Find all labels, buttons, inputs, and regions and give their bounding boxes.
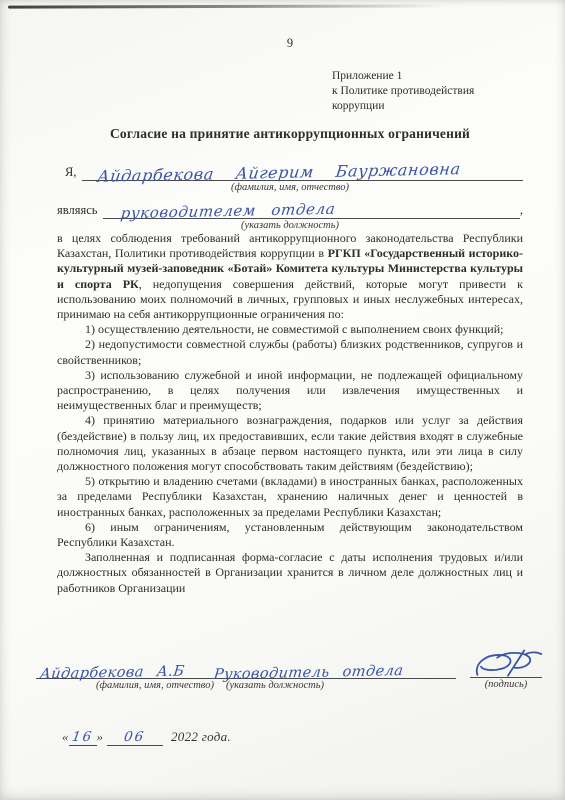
restriction-item-1: 1) осуществлению деятельности, не совмес… (57, 322, 523, 337)
signature-row: Айдарбекова А.Б Руководитель отдела (фам… (36, 653, 542, 691)
i-label: Я, (65, 165, 76, 181)
date-row: « 16 » 06 2022 года. (62, 729, 231, 746)
intro-paragraph: в целях соблюдения требований антикорруп… (57, 231, 523, 322)
handwritten-day: 16 (71, 729, 94, 745)
document-title: Согласие на принятие антикоррупционных о… (57, 126, 523, 142)
handwritten-month: 06 (123, 729, 146, 745)
date-month-line: 06 (107, 729, 163, 746)
date-day-line: 16 (69, 729, 97, 746)
restriction-item-3: 3) использованию служебной и иной информ… (57, 368, 523, 414)
handwritten-signature-name: Айдарбекова А.Б (39, 663, 186, 682)
signature-scribble (472, 647, 544, 681)
being-label: являясь (57, 203, 97, 219)
position-blank-line: руководителем отдела (103, 196, 519, 219)
appendix-line-1: Приложение 1 (332, 69, 474, 84)
date-year-text: 2022 года. (171, 729, 231, 745)
position-fill-row: являясь руководителем отдела , (указать … (57, 196, 523, 232)
appendix-line-3: коррупции (332, 99, 474, 114)
restriction-item-6: 6) иным ограничениям, установленным дейс… (57, 520, 523, 550)
appendix-line-2: к Политике противодействия (332, 84, 474, 99)
body-text: в целях соблюдения требований антикорруп… (57, 231, 523, 596)
restriction-item-4: 4) принятию материального вознаграждения… (57, 413, 523, 474)
handwritten-position: руководителем отдела (120, 200, 337, 222)
appendix-block: Приложение 1 к Политике противодействия … (332, 69, 474, 114)
signature-name-caption: (фамилия, имя, отчество) (96, 680, 214, 691)
name-fill-row: Я, Айдарбекова Айгерим Бауржановна (фами… (57, 158, 523, 194)
trailing-comma: , (520, 203, 523, 219)
page-number: 9 (57, 36, 523, 51)
signature-name-line: Айдарбекова А.Б Руководитель отдела (36, 654, 456, 679)
restriction-item-5: 5) открытию и владению счетами (вкладами… (57, 474, 523, 520)
name-blank-line: Айдарбекова Айгерим Бауржановна (82, 158, 523, 181)
signature-sign-line (470, 653, 542, 678)
restriction-item-2: 2) недопустимости совместной службы (раб… (57, 337, 523, 367)
signature-name-block: Айдарбекова А.Б Руководитель отдела (фам… (36, 654, 456, 691)
signature-sign-block: (подпись) (470, 653, 542, 691)
closing-paragraph: Заполненная и подписанная форма-согласие… (57, 550, 523, 596)
date-close-quote: » (97, 729, 104, 745)
scan-edge-artifact (8, 4, 448, 8)
scanned-document-page: 9 Приложение 1 к Политике противодействи… (0, 0, 565, 800)
